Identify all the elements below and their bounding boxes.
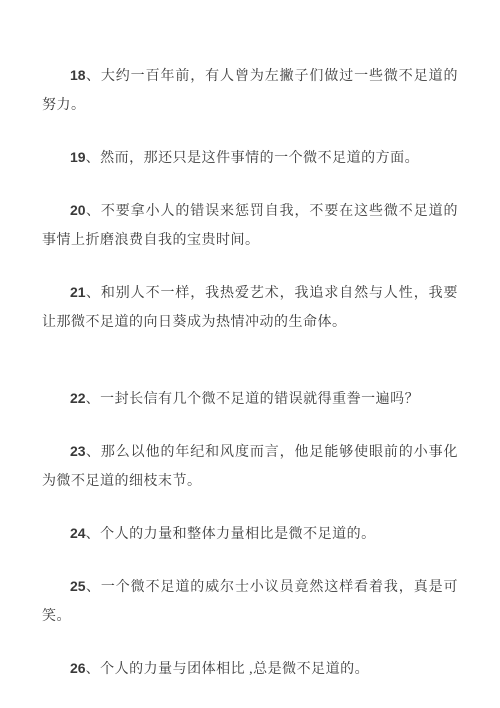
sentence-separator: 、 <box>86 204 101 219</box>
sentence-text: 然而，那还只是这件事情的一个微不足道的方面。 <box>100 151 419 166</box>
sentence-item-24: 24、个人的力量和整体力量相比是微不足道的。 <box>42 519 458 549</box>
sentence-text: 一个微不足道的威尔士小议员竟然这样看着我，真是可笑。 <box>42 580 458 624</box>
sentence-separator: 、 <box>86 580 101 595</box>
sentence-item-19: 19、然而，那还只是这件事情的一个微不足道的方面。 <box>42 143 458 173</box>
sentence-item-20: 20、不要拿小人的错误来惩罚自我，不要在这些微不足道的事情上折磨浪费自我的宝贵时… <box>42 196 458 255</box>
sentence-item-26: 26、个人的力量与团体相比 ,总是微不足道的。 <box>42 654 458 684</box>
sentence-item-18: 18、大约一百年前，有人曾为左撇子们做过一些微不足道的努力。 <box>42 61 458 120</box>
sentence-number: 24 <box>70 525 86 541</box>
sentence-text: 一封长信有几个微不足道的错误就得重誊一遍吗？ <box>100 392 419 407</box>
sentence-separator: 、 <box>86 69 101 84</box>
sentence-number: 23 <box>70 443 86 459</box>
document-page: 18、大约一百年前，有人曾为左撇子们做过一些微不足道的努力。 19、然而，那还只… <box>0 0 500 708</box>
sentence-separator: 、 <box>86 527 101 542</box>
sentence-number: 19 <box>70 149 86 165</box>
sentence-number: 18 <box>70 67 86 83</box>
sentence-separator: 、 <box>86 445 101 460</box>
sentence-separator: 、 <box>86 286 101 301</box>
sentence-number: 21 <box>70 284 86 300</box>
sentence-text: 不要拿小人的错误来惩罚自我，不要在这些微不足道的事情上折磨浪费自我的宝贵时间。 <box>42 204 458 248</box>
sentence-text: 大约一百年前，有人曾为左撇子们做过一些微不足道的努力。 <box>42 69 458 113</box>
sentence-text: 个人的力量与团体相比 ,总是微不足道的。 <box>100 662 369 677</box>
sentence-number: 20 <box>70 202 86 218</box>
sentence-item-23: 23、那么以他的年纪和风度而言，他足能够使眼前的小事化为微不足道的细枝末节。 <box>42 437 458 496</box>
sentence-number: 25 <box>70 578 86 594</box>
sentence-text: 那么以他的年纪和风度而言，他足能够使眼前的小事化为微不足道的细枝末节。 <box>42 445 458 489</box>
sentence-text: 和别人不一样，我热爱艺术，我追求自然与人性，我要让那微不足道的向日葵成为热情冲动… <box>42 286 458 330</box>
sentence-number: 26 <box>70 660 86 676</box>
sentence-separator: 、 <box>86 151 101 166</box>
sentence-item-21: 21、和别人不一样，我热爱艺术，我追求自然与人性，我要让那微不足道的向日葵成为热… <box>42 278 458 337</box>
sentence-item-22: 22、一封长信有几个微不足道的错误就得重誊一遍吗？ <box>42 384 458 414</box>
sentence-separator: 、 <box>86 662 101 677</box>
sentence-item-25: 25、一个微不足道的威尔士小议员竟然这样看着我，真是可笑。 <box>42 572 458 631</box>
sentence-separator: 、 <box>86 392 101 407</box>
sentence-number: 22 <box>70 390 86 406</box>
sentence-text: 个人的力量和整体力量相比是微不足道的。 <box>100 527 376 542</box>
